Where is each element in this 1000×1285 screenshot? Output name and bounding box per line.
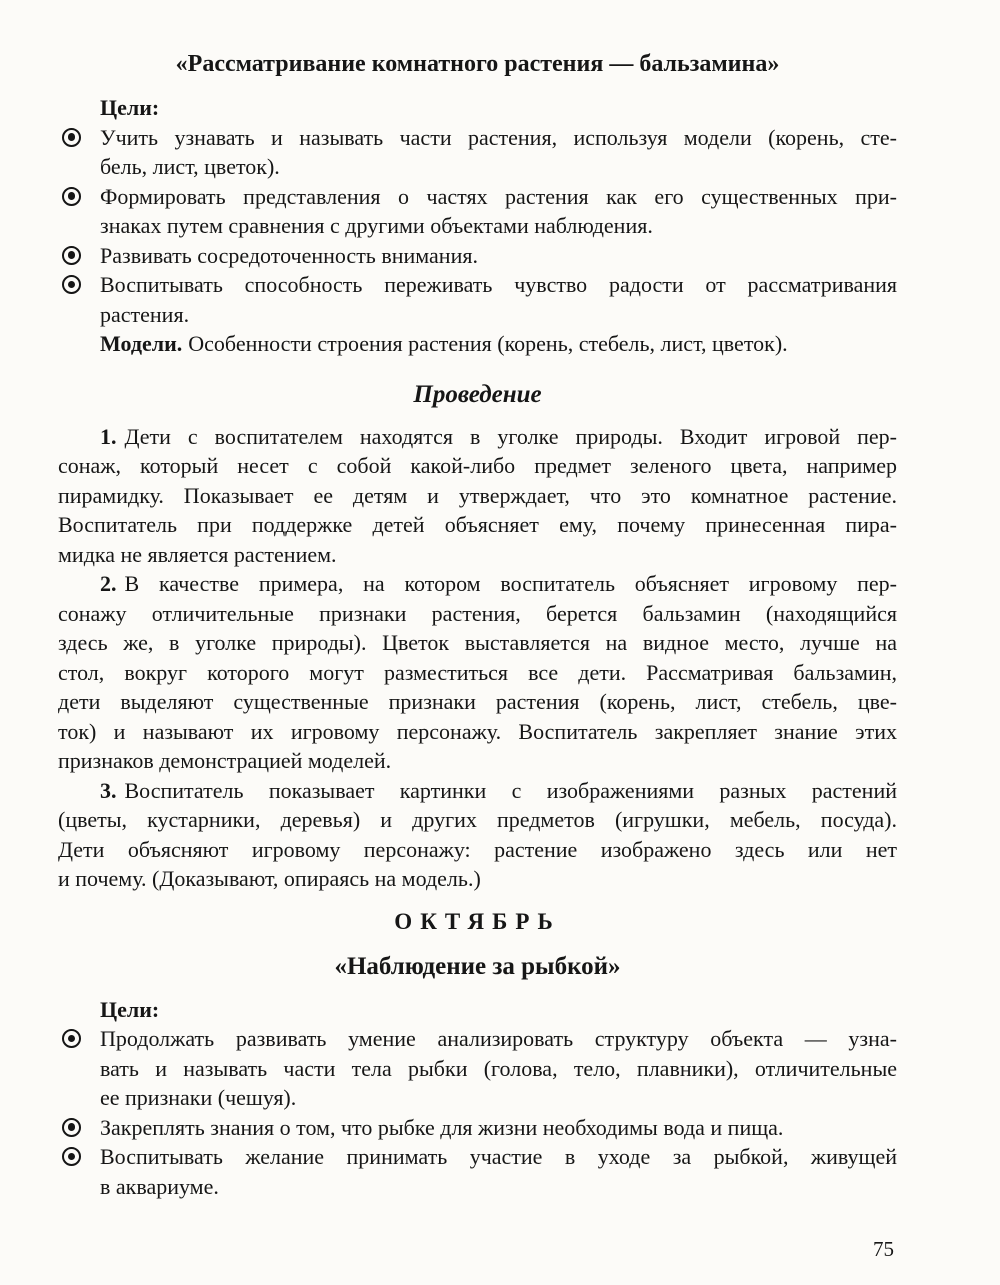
paragraph-line: ток) и называют их игровому персонажу. В… (58, 717, 897, 747)
paragraph-number: 3. (100, 778, 117, 803)
paragraph-line: Воспитатель при поддержке детей объясняе… (58, 510, 897, 540)
page-number: 75 (873, 1236, 894, 1262)
goal-line: вать и называть части тела рыбки (голова… (100, 1054, 897, 1084)
paragraph-number: 1. (100, 424, 117, 449)
book-page: «Рассматривание комнатного растения — ба… (0, 0, 1000, 1285)
paragraph-line: дети выделяют существенные признаки раст… (58, 687, 897, 717)
goal-item: Продолжать развивать умение анализироват… (58, 1024, 897, 1113)
fisheye-bullet-icon (62, 246, 81, 265)
procedure-heading: Проведение (58, 380, 897, 410)
paragraph-line: (цветы, кустарники, деревья) и других пр… (58, 805, 897, 835)
lesson1-title: «Рассматривание комнатного растения — ба… (58, 49, 897, 79)
goal-item: Воспитывать желание принимать участие в … (58, 1142, 897, 1201)
goal-line: Воспитывать способность переживать чувст… (100, 270, 897, 300)
paragraph-line: Дети объясняют игровому персонажу: расте… (58, 835, 897, 865)
goal-line: Воспитывать желание принимать участие в … (100, 1142, 897, 1172)
paragraph-2: 2.В качестве примера, на котором воспита… (58, 569, 897, 776)
goal-item: Развивать сосредоточенность внимания. (58, 241, 897, 271)
goal-line: Формировать представления о частях расте… (100, 182, 897, 212)
paragraph-line: 2.В качестве примера, на котором воспита… (58, 569, 897, 599)
goal-line: бель, лист, цветок). (100, 152, 897, 182)
goal-line: Закреплять знания о том, что рыбке для ж… (100, 1113, 897, 1143)
goal-line: ее признаки (чешуя). (100, 1083, 897, 1113)
goal-line: Учить узнавать и называть части растения… (100, 123, 897, 153)
fisheye-bullet-icon (62, 1118, 81, 1137)
paragraph-3: 3.Воспитатель показывает картинки с изоб… (58, 776, 897, 894)
paragraph-text: В качестве примера, на котором воспитате… (125, 571, 898, 596)
goal-item: Закреплять знания о том, что рыбке для ж… (58, 1113, 897, 1143)
models-label: Модели. (100, 331, 182, 356)
paragraph-line: пирамидку. Показывает ее детям и утвержд… (58, 481, 897, 511)
fisheye-bullet-icon (62, 187, 81, 206)
paragraph-line: сонаж, который несет с собой какой-либо … (58, 451, 897, 481)
lesson1-goals-label: Цели: (58, 93, 897, 123)
paragraph-line: мидка не является растением. (58, 540, 897, 570)
paragraph-1: 1.Дети с воспитателем находятся в уголке… (58, 422, 897, 570)
lesson2-goals-label: Цели: (58, 995, 897, 1025)
lesson2-goals-list: Продолжать развивать умение анализироват… (58, 1024, 897, 1201)
goal-line: растения. (100, 300, 897, 330)
paragraph-text: Воспитатель показывает картинки с изобра… (125, 778, 898, 803)
paragraph-line: признаков демонстрацией моделей. (58, 746, 897, 776)
fisheye-bullet-icon (62, 275, 81, 294)
fisheye-bullet-icon (62, 1147, 81, 1166)
fisheye-bullet-icon (62, 1029, 81, 1048)
goal-item: Формировать представления о частях расте… (58, 182, 897, 241)
models-line: Модели.Особенности строения растения (ко… (58, 329, 897, 359)
goal-item: Учить узнавать и называть части растения… (58, 123, 897, 182)
goal-item: Воспитывать способность переживать чувст… (58, 270, 897, 329)
paragraph-line: 3.Воспитатель показывает картинки с изоб… (58, 776, 897, 806)
paragraph-line: 1.Дети с воспитателем находятся в уголке… (58, 422, 897, 452)
goal-line: знаках путем сравнения с другими объекта… (100, 211, 897, 241)
paragraph-line: сонажу отличительные признаки растения, … (58, 599, 897, 629)
goal-line: в аквариуме. (100, 1172, 897, 1202)
goal-line: Развивать сосредоточенность внимания. (100, 241, 897, 271)
paragraph-line: стол, вокруг которого могут разместиться… (58, 658, 897, 688)
paragraph-line: здесь же, в уголке природы). Цветок выст… (58, 628, 897, 658)
month-heading: ОКТЯБРЬ (58, 907, 897, 937)
fisheye-bullet-icon (62, 128, 81, 147)
paragraph-line: и почему. (Доказывают, опираясь на модел… (58, 864, 897, 894)
lesson2-title: «Наблюдение за рыбкой» (58, 951, 897, 982)
paragraph-number: 2. (100, 571, 117, 596)
lesson1-goals-list: Учить узнавать и называть части растения… (58, 123, 897, 330)
goal-line: Продолжать развивать умение анализироват… (100, 1024, 897, 1054)
models-text: Особенности строения растения (корень, с… (188, 331, 787, 356)
paragraph-text: Дети с воспитателем находятся в уголке п… (125, 424, 898, 449)
